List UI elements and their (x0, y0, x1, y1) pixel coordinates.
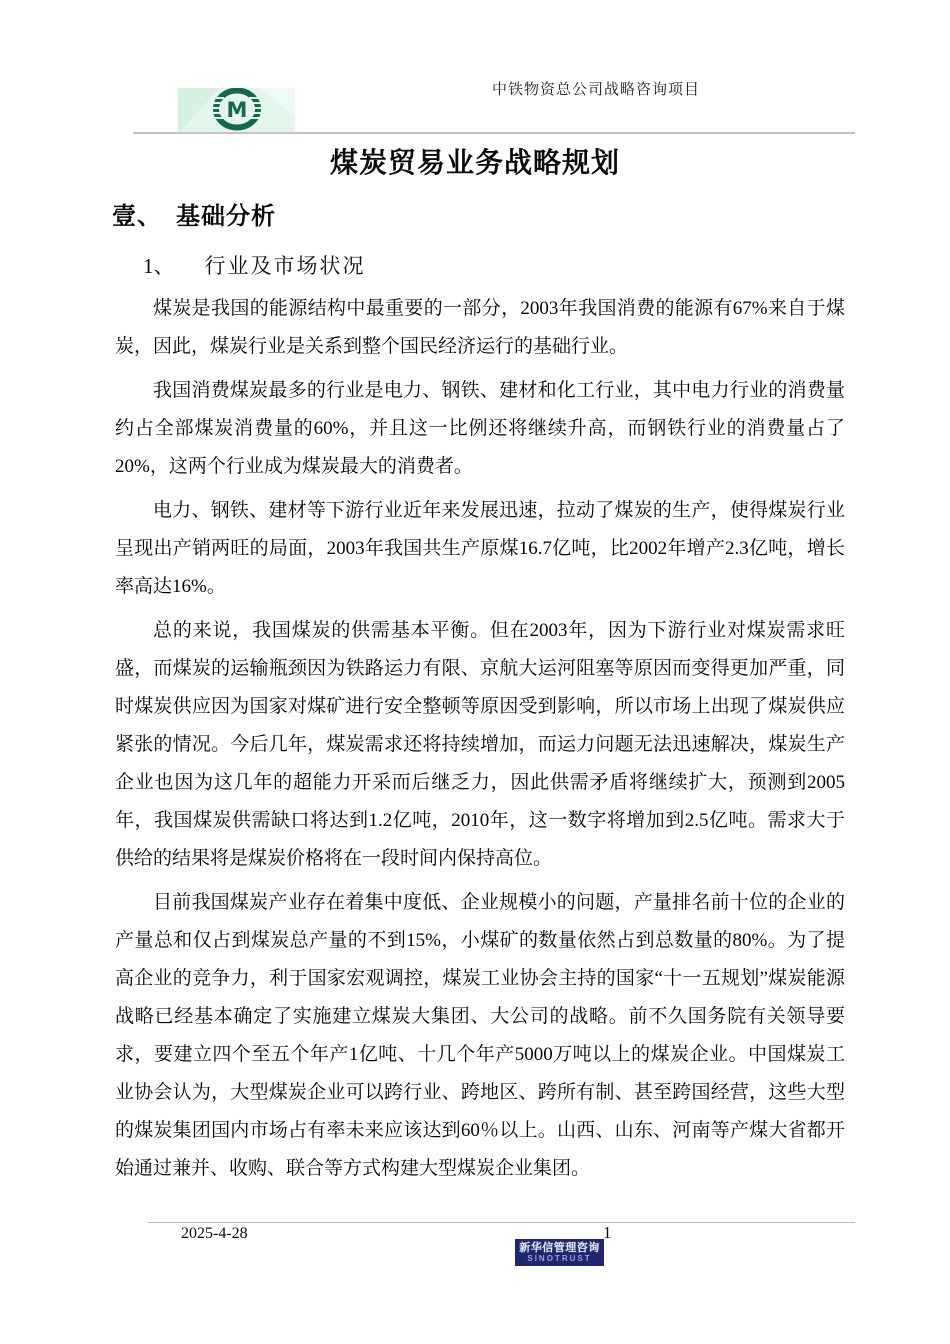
header-rule (133, 132, 855, 134)
body-paragraph: 目前我国煤炭产业存在着集中度低、企业规模小的问题，产量排名前十位的企业的产量总和… (115, 884, 845, 1188)
body-paragraph: 总的来说，我国煤炭的供需基本平衡。但在2003年，因为下游行业对煤炭需求旺盛，而… (115, 612, 845, 878)
document-page: M 中铁物资总公司战略咨询项目 煤炭贸易业务战略规划 壹、基础分析 1、行业及市… (0, 0, 950, 1344)
company-logo: M (178, 88, 295, 134)
subsection-heading: 1、行业及市场状况 (143, 250, 366, 280)
subsection-title: 行业及市场状况 (205, 254, 366, 278)
body-paragraph: 煤炭是我国的能源结构中最重要的一部分，2003年我国消费的能源有67%来自于煤炭… (115, 290, 845, 366)
page-number: 1 (603, 1223, 612, 1243)
page-title: 煤炭贸易业务战略规划 (0, 141, 950, 181)
document-body: 煤炭是我国的能源结构中最重要的一部分，2003年我国消费的能源有67%来自于煤炭… (115, 290, 845, 1194)
footer-date: 2025-4-28 (181, 1225, 248, 1243)
body-paragraph: 我国消费煤炭最多的行业是电力、钢铁、建材和化工行业，其中电力行业的消费量约占全部… (115, 372, 845, 486)
header-project-title: 中铁物资总公司战略咨询项目 (492, 78, 700, 99)
section-title: 基础分析 (176, 203, 276, 230)
section-number: 壹、 (112, 203, 162, 230)
logo-letter: M (227, 98, 248, 122)
sinotrust-logo: 新华信管理咨询 SINOTRUST (515, 1239, 604, 1266)
footer-rule (148, 1222, 855, 1223)
subsection-number: 1、 (143, 254, 175, 278)
sinotrust-logo-cn: 新华信管理咨询 (519, 1243, 600, 1254)
sinotrust-logo-en: SINOTRUST (527, 1255, 591, 1263)
body-paragraph: 电力、钢铁、建材等下游行业近年来发展迅速，拉动了煤炭的生产，使得煤炭行业呈现出产… (115, 492, 845, 606)
section-heading: 壹、基础分析 (112, 196, 276, 231)
